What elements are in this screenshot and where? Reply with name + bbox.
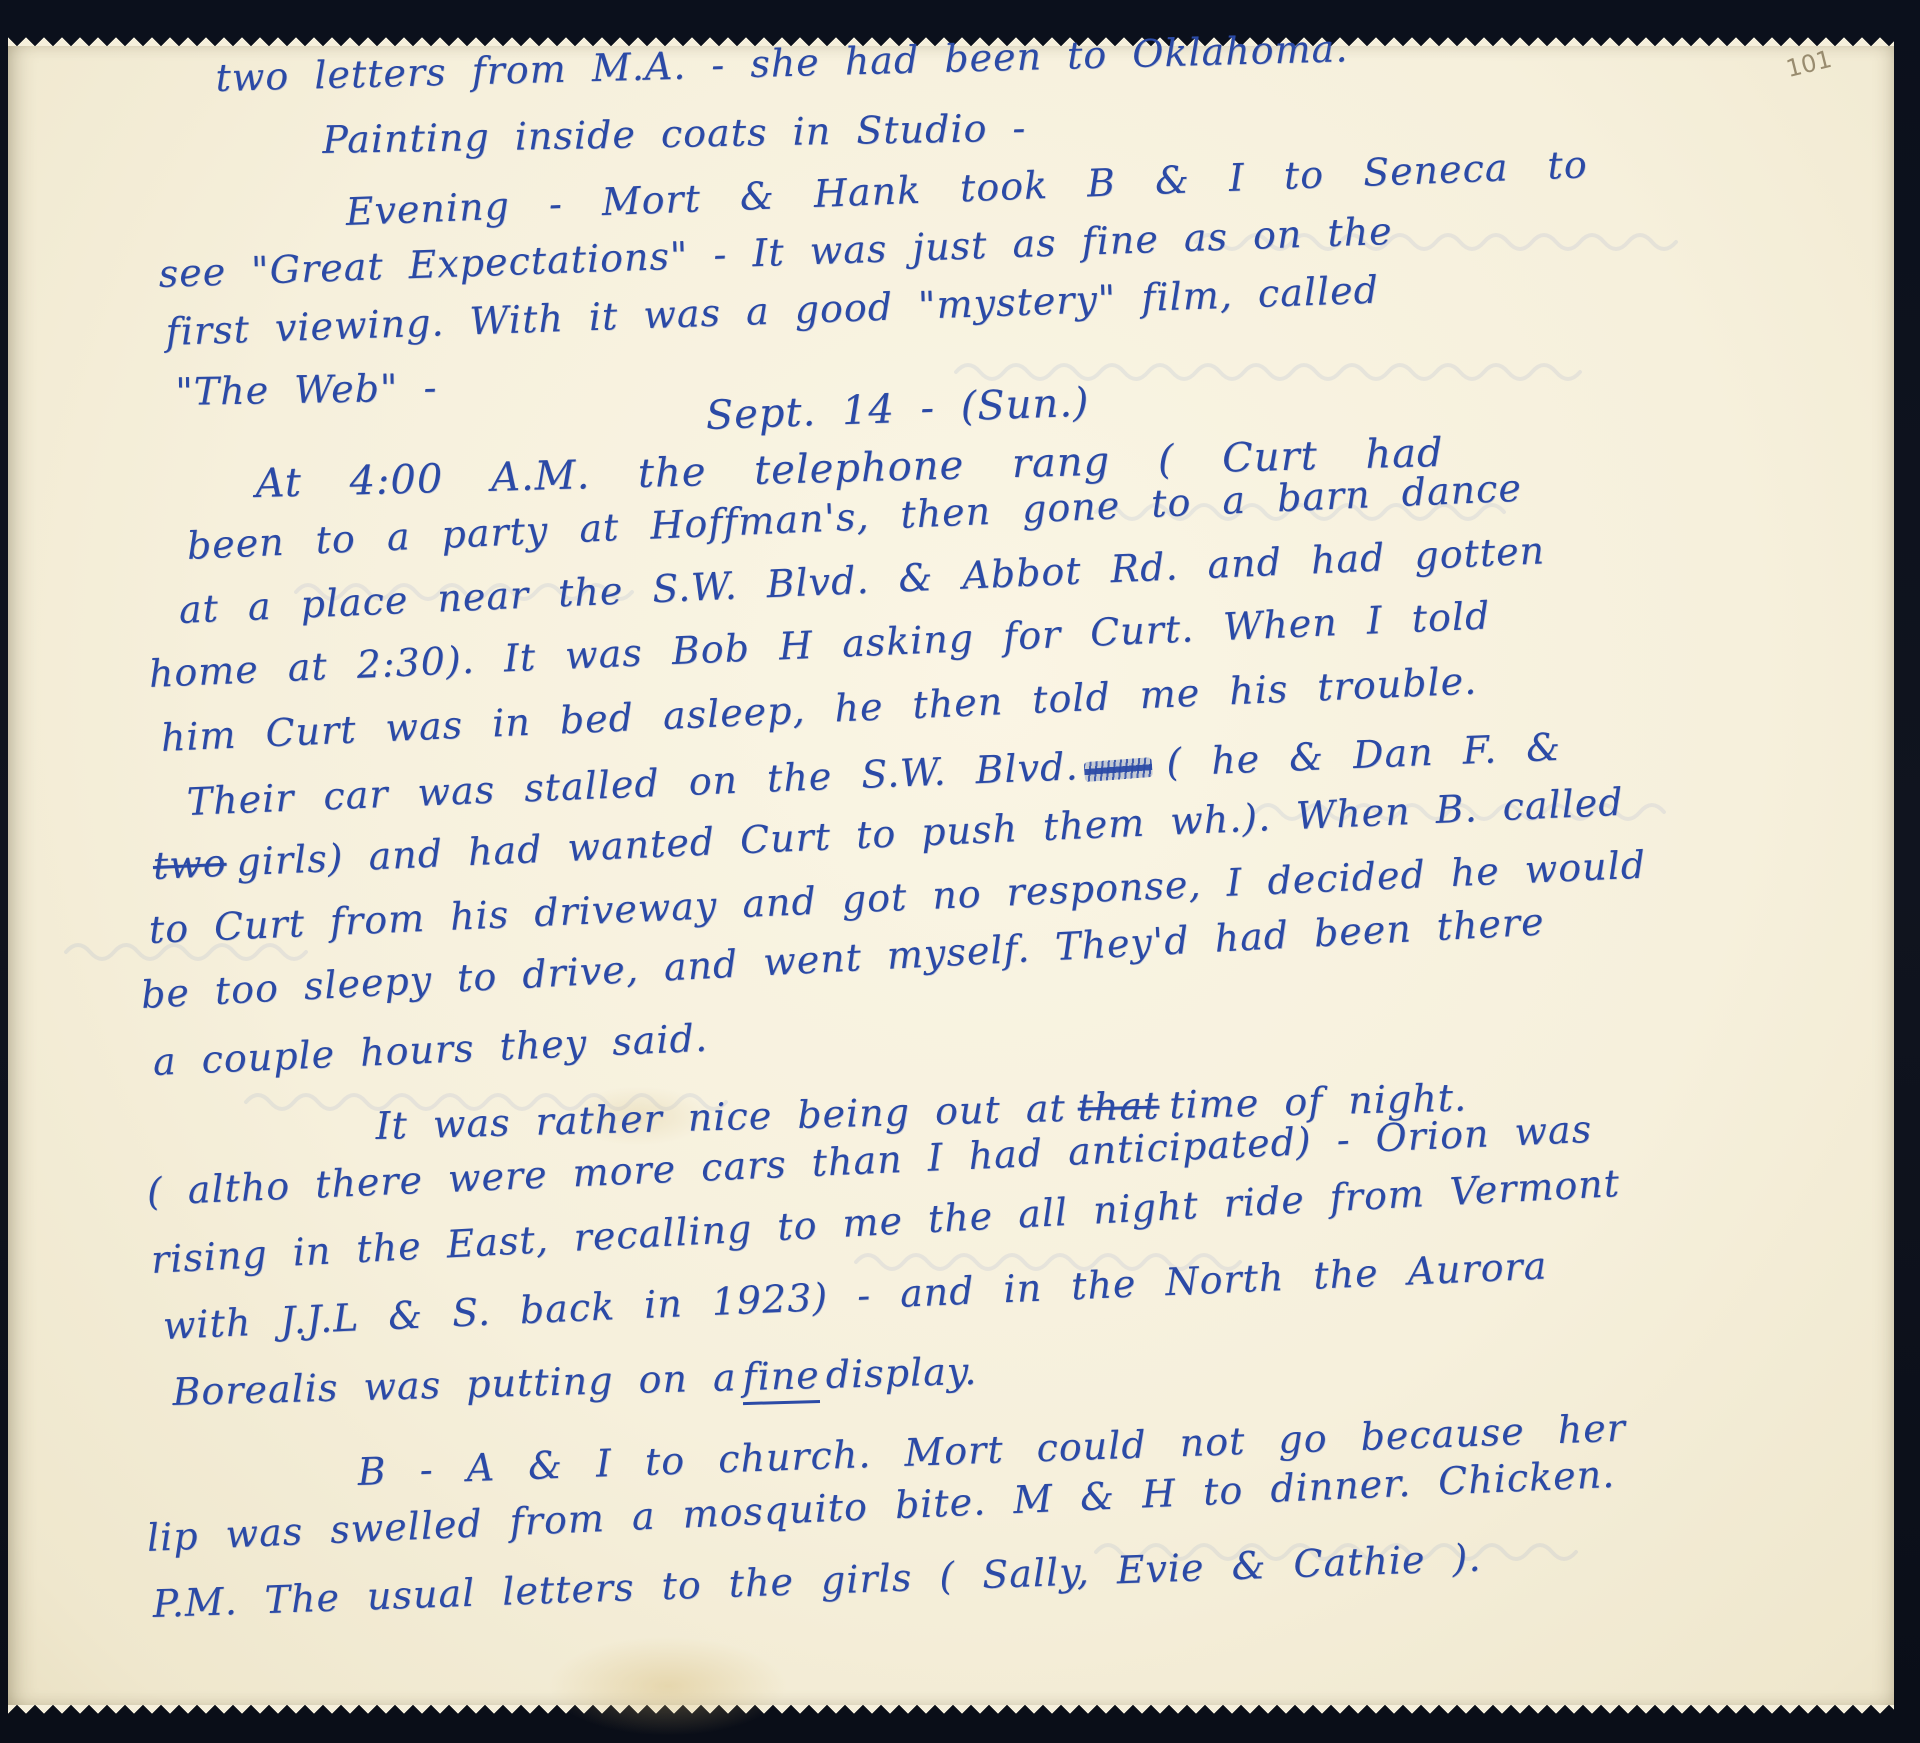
paper-stain — [548, 1636, 788, 1736]
journal-line: "The Web" - — [175, 367, 438, 413]
struck-word: two — [152, 841, 228, 888]
scanned-photo-backdrop: 101 two letters from M.A. - she had been… — [0, 0, 1920, 1743]
underlined-word: fine — [742, 1353, 820, 1405]
torn-edge-bottom — [8, 1704, 1894, 1718]
struck-word: that — [1077, 1083, 1160, 1129]
scribbled-out-word — [1084, 757, 1153, 782]
